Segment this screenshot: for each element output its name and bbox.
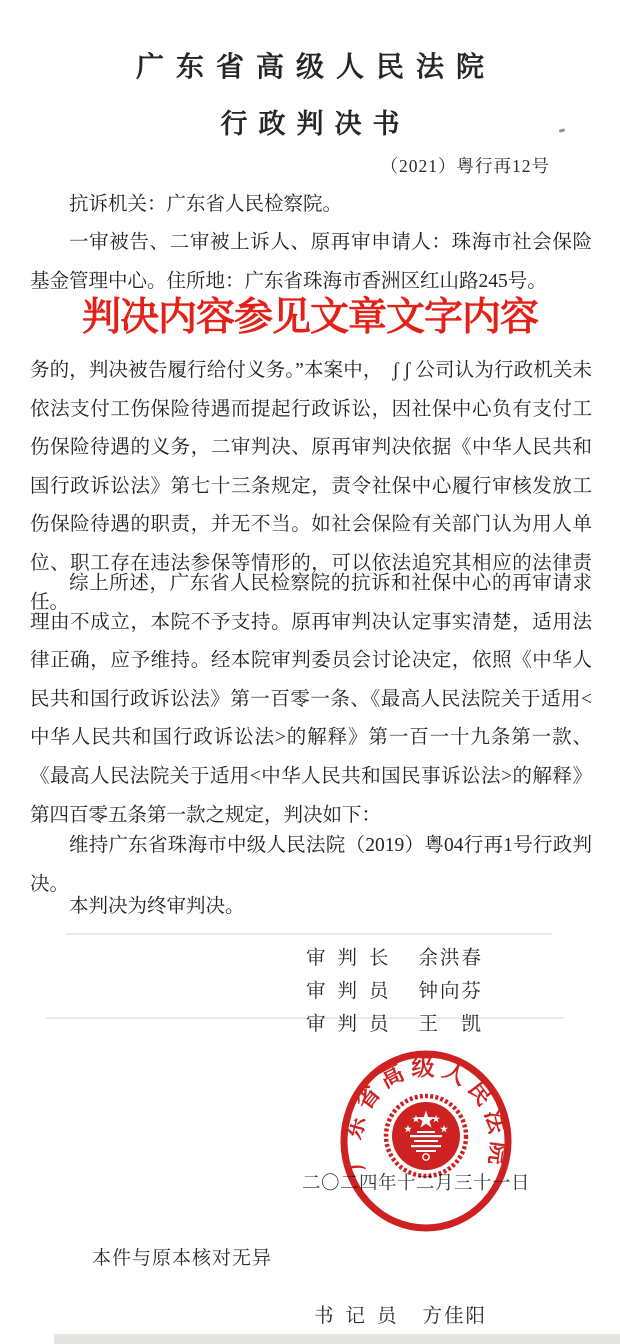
scan-edge-shadow bbox=[54, 1334, 620, 1344]
clerk-name: 方佳阳 bbox=[423, 1300, 488, 1328]
red-notice-banner: 判决内容参见文章文字内容 bbox=[0, 293, 620, 343]
judge-name: 余洪春 bbox=[419, 942, 484, 970]
scan-artifact-line bbox=[66, 933, 552, 935]
judge-row: 审判员 王 凯 bbox=[306, 1008, 483, 1041]
national-emblem-icon bbox=[386, 1096, 466, 1176]
document-type-title: 行政判决书 bbox=[0, 102, 620, 141]
judge-signature-block: 审判长 余洪春 审判员 钟向芬 审判员 王 凯 bbox=[306, 942, 483, 1041]
party-line-protest-organ: 抗诉机关：广东省人民检察院。 bbox=[30, 186, 592, 225]
party-line-defendant: 一审被告、二审被上诉人、原再审申请人：珠海市社会保险基金管理中心。住所地：广东省… bbox=[30, 224, 592, 301]
clerk-signature-row: 书记员 方佳阳 bbox=[314, 1300, 487, 1328]
court-seal: 广东省高级人民法院 bbox=[337, 1048, 515, 1234]
judge-row: 审判员 钟向芬 bbox=[306, 975, 483, 1008]
judgment-document-page: 广东省高级人民法院 行政判决书 （2021）粤行再12号 抗诉机关：广东省人民检… bbox=[0, 0, 620, 1344]
case-number: （2021）粤行再12号 bbox=[381, 153, 551, 178]
judge-title: 审判长 bbox=[306, 942, 401, 970]
body-paragraph-final: 本判决为终审判决。 bbox=[30, 888, 592, 927]
judge-name: 王 凯 bbox=[419, 1008, 484, 1036]
judge-name: 钟向芬 bbox=[419, 975, 484, 1003]
scan-artifact-line bbox=[46, 1017, 564, 1019]
judge-title: 审判员 bbox=[306, 975, 401, 1003]
court-name-title: 广东省高级人民法院 bbox=[0, 45, 620, 85]
clerk-title: 书记员 bbox=[314, 1300, 409, 1328]
judge-title: 审判员 bbox=[306, 1008, 401, 1036]
presiding-judge-row: 审判长 余洪春 bbox=[306, 942, 483, 975]
verification-note: 本件与原本核对无异 bbox=[92, 1243, 272, 1270]
body-paragraph-conclusion: 综上所述，广东省人民检察院的抗诉和社保中心的再审请求理由不成立，本院不予支持。原… bbox=[30, 565, 592, 835]
